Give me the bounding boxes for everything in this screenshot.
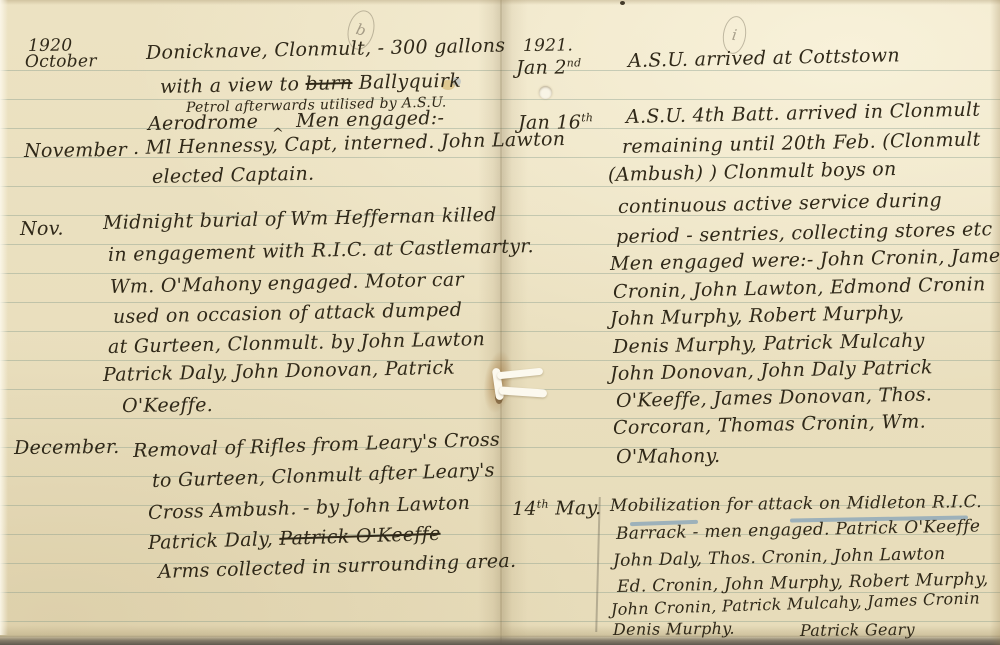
entry-text: with a view to [160,73,306,98]
scanned-notebook-spread: b i 1920 October Donicknave, Clonmult, -… [0,0,1000,645]
entry-date: Nov. [20,218,64,240]
center-crease-line [500,0,502,645]
entry-text: Ballyquirk [352,70,461,94]
entry-text: Patrick Daly, [148,528,280,554]
entry-line: A.S.U. arrived at Cottstown [628,44,900,72]
entry-date: December. [14,436,120,459]
page-mark-letter: i [731,26,738,44]
entry-line: Donicknave, Clonmult, - 300 gallons [146,34,506,64]
date-ordinal: nd [567,56,582,69]
date-ordinal: th [581,111,593,124]
entry-line: O'Mahony. [616,445,721,468]
date-text: Jan 16 [518,111,581,134]
entry-date: Jan 16th [518,111,594,134]
entry-date-year: 1921. [523,35,573,56]
date-text: 14 [512,498,537,520]
entry-line: Denis Murphy. [613,619,735,639]
entry-line: Aerodrome [148,111,259,135]
ink-speck [620,1,625,5]
entry-date: 14th May. [512,497,602,520]
punched-hole [539,86,552,99]
page-left-edge [0,0,8,635]
date-text: May. [549,497,602,520]
entry-line: Men engaged:- [296,107,445,132]
entry-date: November [24,139,127,162]
entry-line: Patrick Geary [800,620,915,640]
page-top-edge [0,0,1000,5]
entry-line: elected Captain. [152,163,315,188]
entry-date-month: October [25,51,97,72]
entry-line: Mobilization for attack on Midleton R.I.… [610,492,982,516]
date-text: Jan 2 [516,56,567,79]
center-crease [478,0,528,645]
date-ordinal: th [537,498,549,511]
page-right-edge [990,0,1000,645]
struck-word: burn [305,72,352,95]
entry-line: O'Keeffe. [122,394,213,417]
entry-date: Jan 2nd [516,56,582,79]
